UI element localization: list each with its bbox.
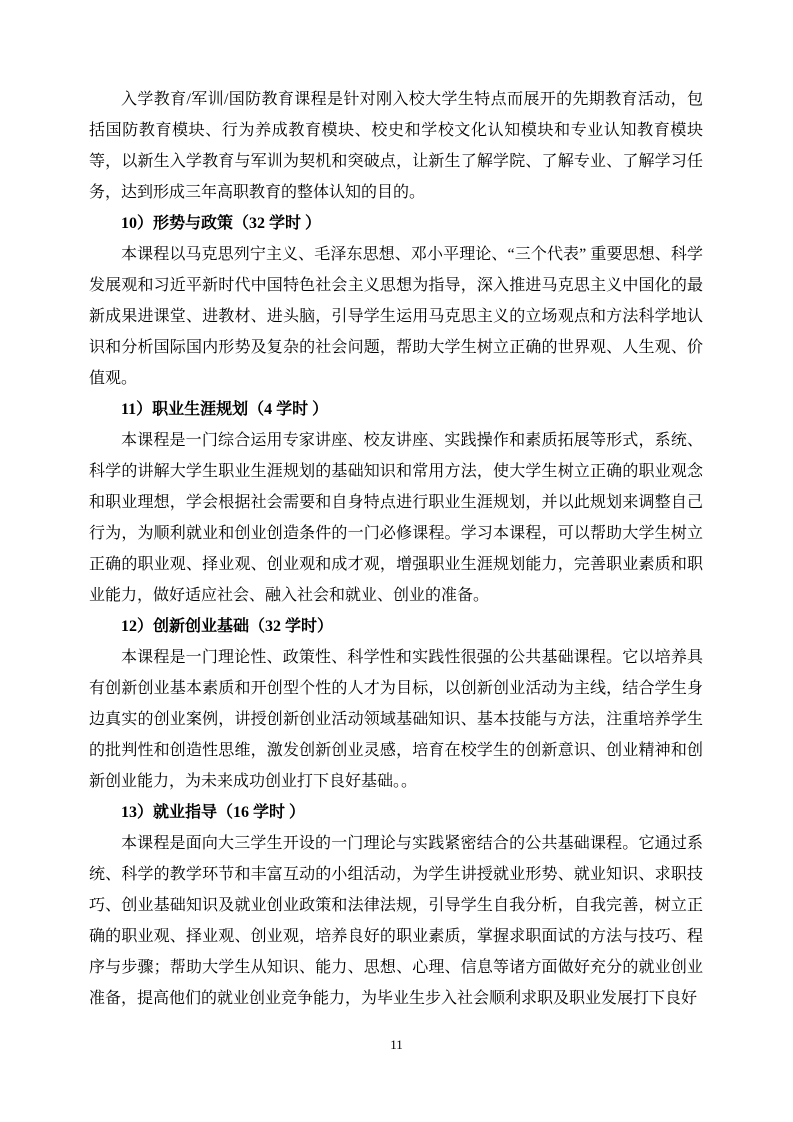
course-heading-10: 10）形势与政策（32 学时 ）	[89, 208, 703, 239]
page-number: 11	[0, 1036, 793, 1054]
document-page: 入学教育/军训/国防教育课程是针对刚入校大学生特点而展开的先期教育活动，包括国防…	[0, 0, 793, 1122]
course-heading-11: 11）职业生涯规划（4 学时 ）	[89, 394, 703, 425]
course-description-12: 本课程是一门理论性、政策性、科学性和实践性很强的公共基础课程。它以培养具有创新创…	[89, 642, 703, 797]
course-heading-13: 13）就业指导（16 学时 ）	[89, 797, 703, 828]
course-description-11: 本课程是一门综合运用专家讲座、校友讲座、实践操作和素质拓展等形式，系统、科学的讲…	[89, 425, 703, 611]
course-description-13: 本课程是面向大三学生开设的一门理论与实践紧密结合的公共基础课程。它通过系统、科学…	[89, 828, 703, 1014]
intro-paragraph: 入学教育/军训/国防教育课程是针对刚入校大学生特点而展开的先期教育活动，包括国防…	[89, 84, 703, 208]
document-body: 入学教育/军训/国防教育课程是针对刚入校大学生特点而展开的先期教育活动，包括国防…	[89, 84, 703, 1014]
course-heading-12: 12）创新创业基础（32 学时）	[89, 611, 703, 642]
course-description-10: 本课程以马克思列宁主义、毛泽东思想、邓小平理论、“三个代表” 重要思想、科学发展…	[89, 239, 703, 394]
